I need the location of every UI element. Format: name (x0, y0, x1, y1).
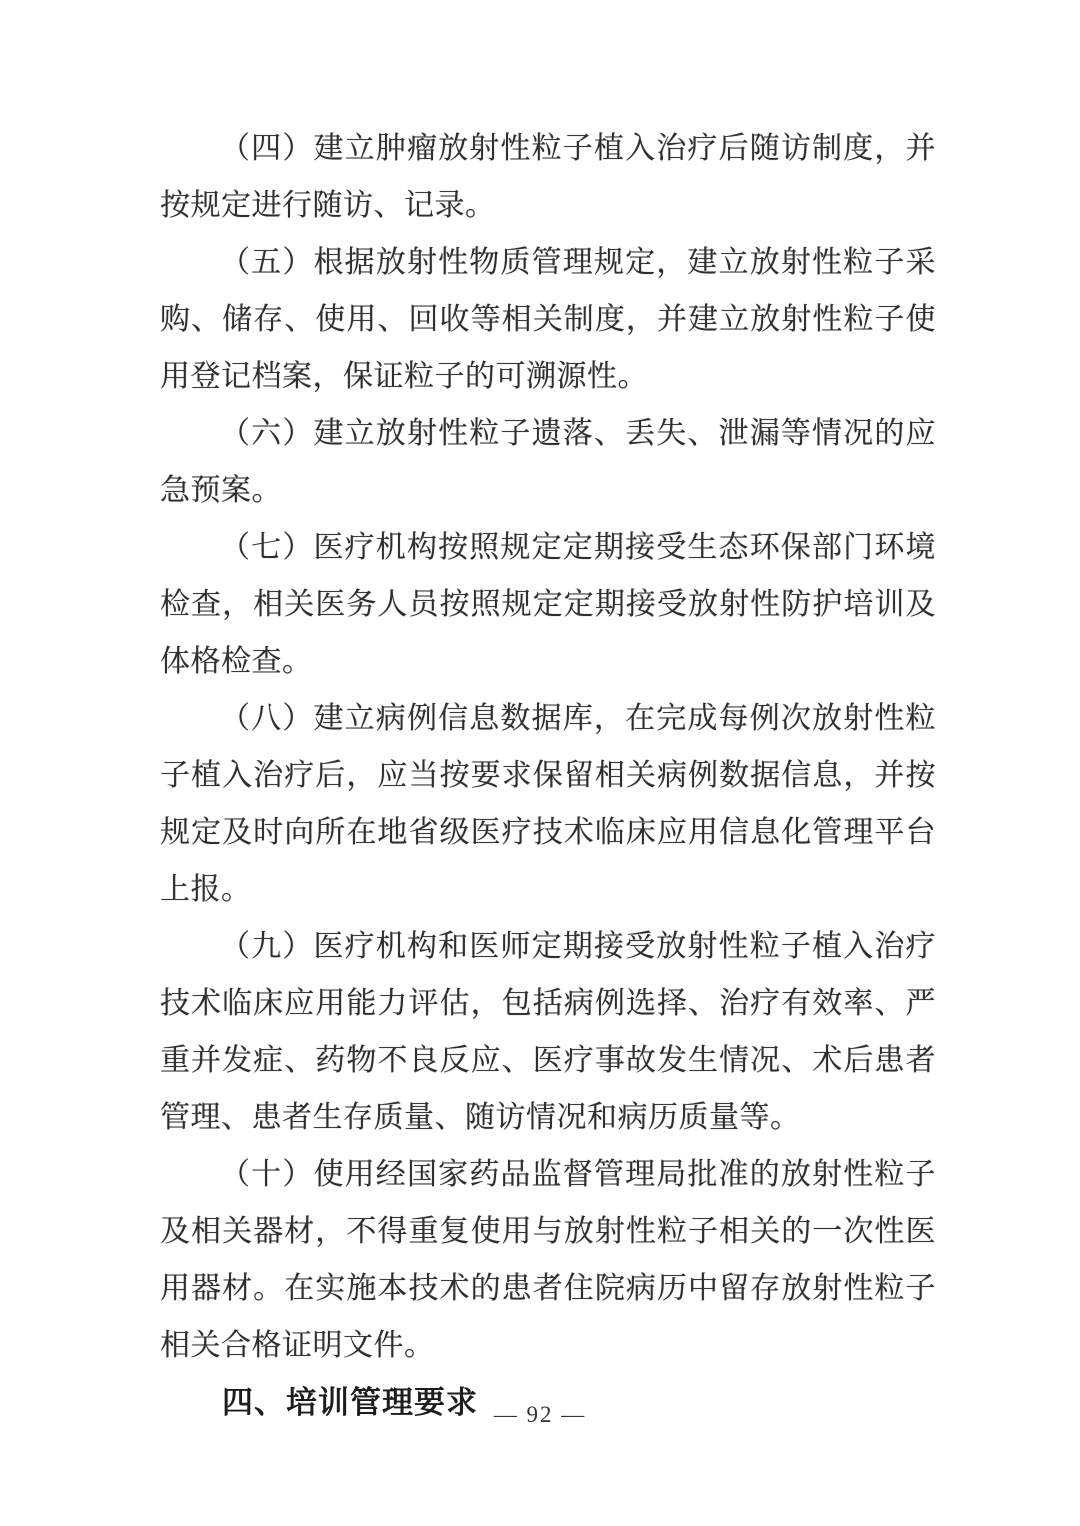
paragraph-item-8: （八）建立病例信息数据库，在完成每例次放射性粒子植入治疗后，应当按要求保留相关病… (160, 690, 936, 918)
page-number: — 92 — (494, 1402, 587, 1427)
paragraph-item-4: （四）建立肿瘤放射性粒子植入治疗后随访制度，并按规定进行随访、记录。 (160, 120, 936, 234)
document-body: （四）建立肿瘤放射性粒子植入治疗后随访制度，并按规定进行随访、记录。 （五）根据… (160, 120, 936, 1431)
paragraph-item-10: （十）使用经国家药品监督管理局批准的放射性粒子及相关器材，不得重复使用与放射性粒… (160, 1146, 936, 1374)
paragraph-item-7: （七）医疗机构按照规定定期接受生态环保部门环境检查，相关医务人员按照规定定期接受… (160, 519, 936, 690)
page-footer: — 92 — (0, 1402, 1080, 1428)
paragraph-item-9: （九）医疗机构和医师定期接受放射性粒子植入治疗技术临床应用能力评估，包括病例选择… (160, 918, 936, 1146)
paragraph-item-6: （六）建立放射性粒子遗落、丢失、泄漏等情况的应急预案。 (160, 405, 936, 519)
document-page: （四）建立肿瘤放射性粒子植入治疗后随访制度，并按规定进行随访、记录。 （五）根据… (0, 0, 1080, 1526)
paragraph-item-5: （五）根据放射性物质管理规定，建立放射性粒子采购、储存、使用、回收等相关制度，并… (160, 234, 936, 405)
